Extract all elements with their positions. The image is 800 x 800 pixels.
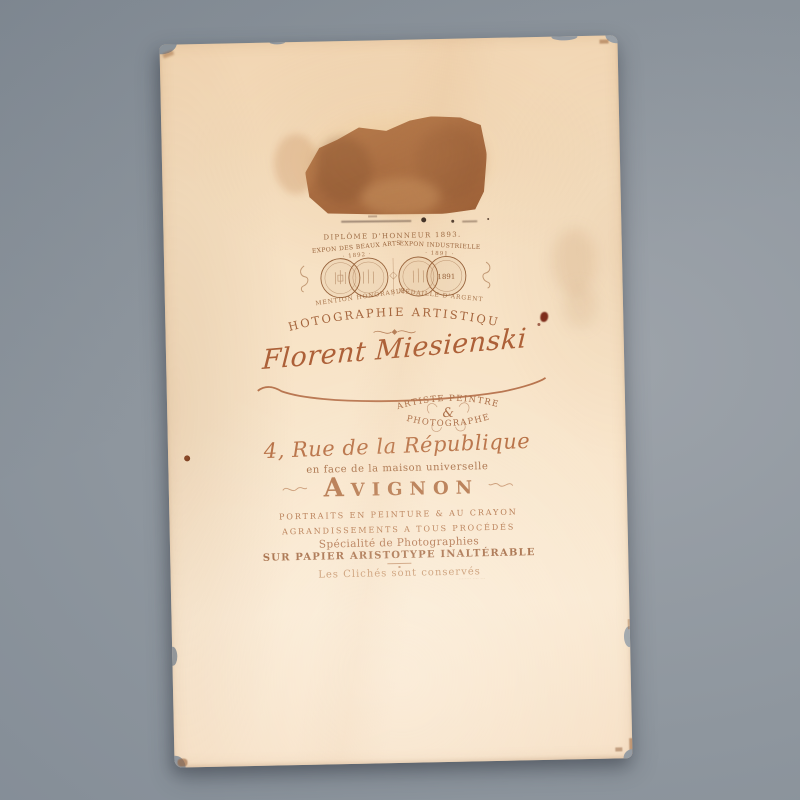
photo-card-back: DIPLÔME D'HONNEUR 1893. EXPON DES BEAUX …	[159, 35, 632, 767]
corner-wear-mark	[177, 758, 187, 766]
glue-mark	[451, 220, 454, 223]
city-ornament-left-icon	[281, 483, 307, 496]
flourish-icon	[296, 264, 311, 294]
ink-spot	[537, 323, 540, 326]
edge-notch-right	[624, 626, 633, 647]
ink-spot	[540, 312, 548, 322]
glue-mark	[368, 215, 377, 217]
card-surface: DIPLÔME D'HONNEUR 1893. EXPON DES BEAUX …	[159, 35, 632, 767]
footer-divider	[387, 563, 411, 565]
edge-chip-top	[269, 39, 285, 44]
edge-chip-top	[551, 35, 577, 40]
city-ornament-right-icon	[488, 479, 514, 492]
corner-wear-mark	[615, 747, 622, 751]
edge-notch-left	[168, 647, 177, 666]
city-name: AVIGNON	[316, 470, 479, 503]
table-surface: DIPLÔME D'HONNEUR 1893. EXPON DES BEAUX …	[0, 0, 800, 800]
age-smudge	[563, 284, 598, 329]
printer-credit: ········ ···· ···	[459, 576, 486, 581]
badge-ampersand: &	[442, 406, 454, 421]
right-medal-year: 1891	[437, 273, 455, 281]
glue-mark	[462, 220, 477, 222]
glue-mark	[487, 218, 489, 220]
edge-wear-mark	[628, 619, 630, 629]
glue-mark	[421, 217, 426, 222]
corner-chip-bottom-right	[623, 749, 632, 762]
flourish-icon	[480, 260, 495, 290]
corner-wear-mark	[599, 39, 608, 43]
